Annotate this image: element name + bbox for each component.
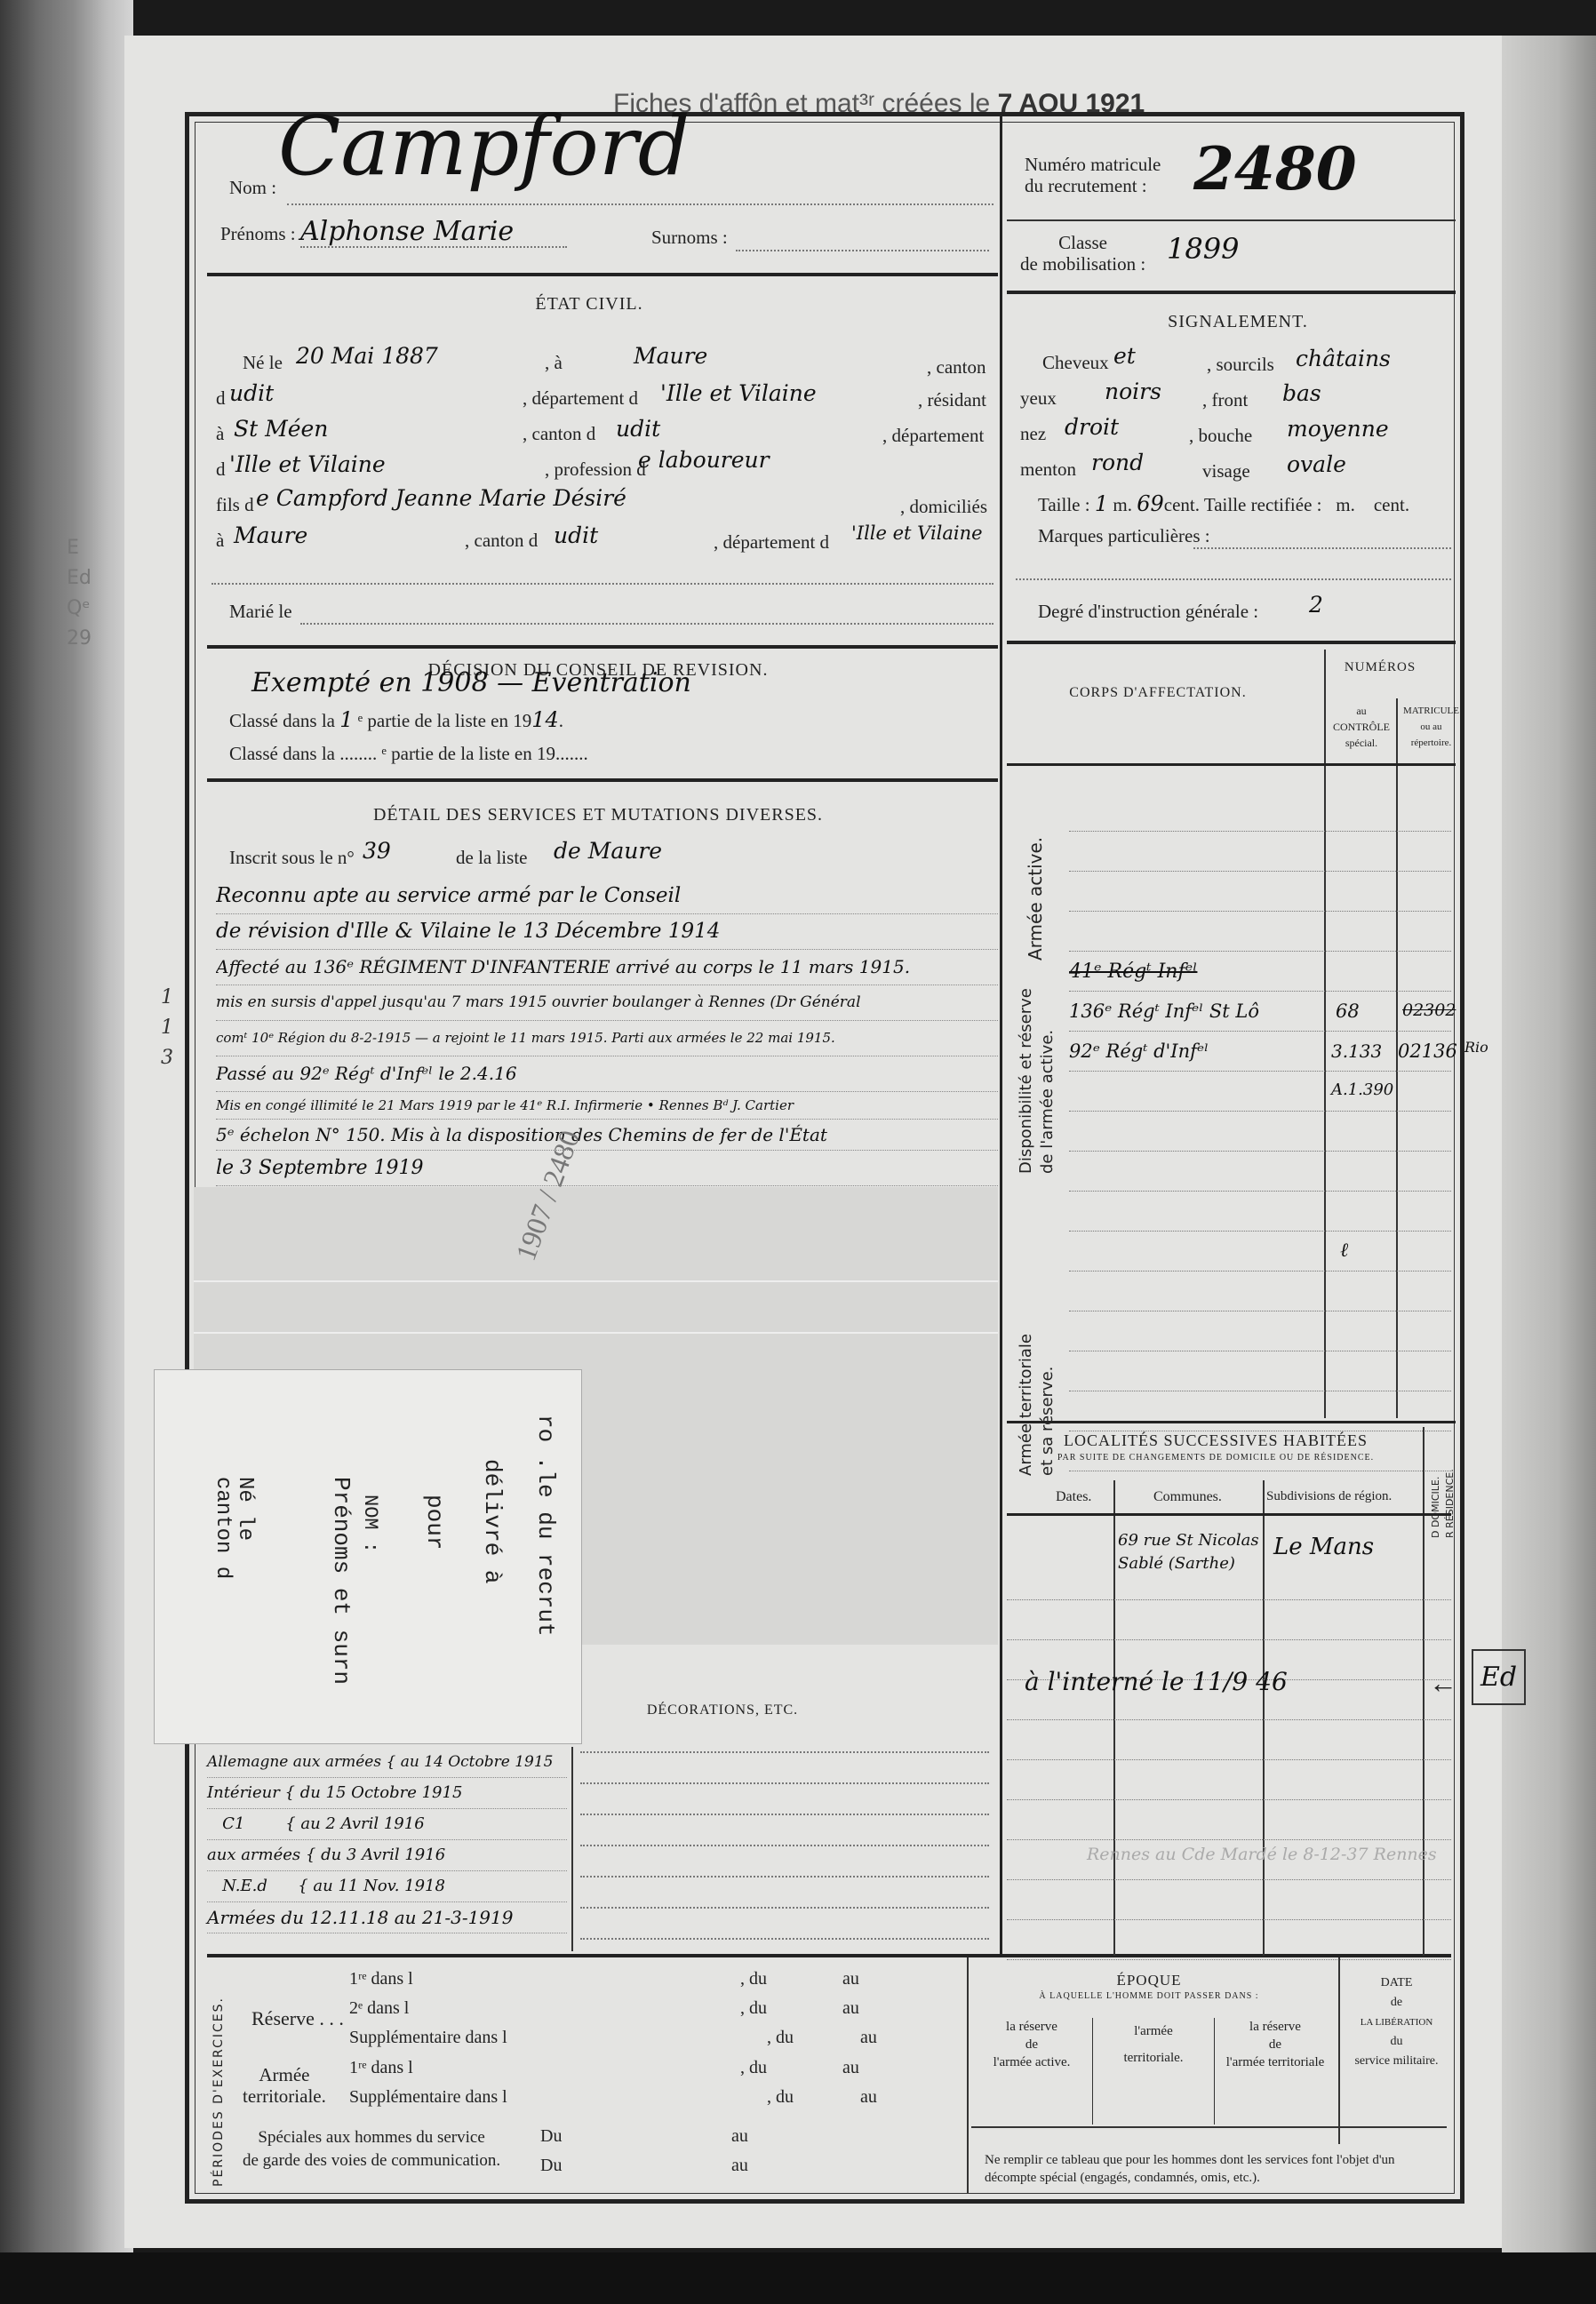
- inscrit-label: Inscrit sous le n°: [229, 847, 355, 869]
- corps-row: 92ᵉ Régᵗ d'Infᵉˡ 3.133 02136 Rio: [1069, 1032, 1451, 1072]
- slip-line: Prénoms et surn: [328, 1477, 355, 1685]
- corps-empty-row: [1069, 872, 1451, 912]
- fold: [194, 1332, 998, 1334]
- corps-note: Rio: [1464, 1039, 1488, 1056]
- corps-empty-row: [1069, 832, 1451, 872]
- decoration-line: [580, 1876, 989, 1877]
- classe2-row: Classé dans la ........ ᵉ partie de la l…: [229, 743, 588, 765]
- periode-row: 1ʳᵉ dans l, duau: [349, 2058, 1011, 2087]
- marie-label: Marié le: [229, 601, 292, 623]
- speciales-label-2: de garde des voies de communication.: [243, 2149, 500, 2172]
- matricule-label-1: Numéro matricule: [1025, 154, 1161, 175]
- liste-label: de la liste: [456, 847, 527, 869]
- periode-label: Du: [540, 2156, 562, 2175]
- marques-line: [1193, 547, 1451, 549]
- periode-row: Supplémentaire dans l, duau: [349, 2087, 1011, 2117]
- campagne-label: Allemagne: [207, 1753, 288, 1771]
- rule: [1007, 219, 1456, 221]
- periode-label: Supplémentaire dans l: [349, 2028, 507, 2047]
- nez-label: nez: [1020, 423, 1046, 445]
- taille-rect-label: Taille rectifiée :: [1204, 494, 1322, 515]
- canton2-value: udit: [616, 416, 660, 442]
- column-divider: [1000, 116, 1002, 1956]
- surnoms-label: Surnoms :: [651, 227, 728, 249]
- au-label: au: [731, 2156, 748, 2176]
- au-label: au: [842, 2058, 859, 2078]
- classe1-label-b: ᵉ partie de la liste en 19: [358, 710, 531, 731]
- speciales-label: Spéciales aux hommes du service de garde…: [243, 2126, 500, 2172]
- taille-label: Taille :: [1038, 494, 1090, 515]
- corps-lines: 41ᵉ Régᵗ Infᵉˡ 136ᵉ Régᵗ Infᵉˡ St Lô 68 …: [1069, 792, 1451, 1471]
- margin-number: 1: [161, 983, 173, 1013]
- col-divider: [1338, 1957, 1340, 2144]
- group-dispo-2: de l'armée active.: [1037, 988, 1058, 1174]
- slip-line: délivré à: [479, 1459, 506, 1583]
- col-matricule-2: ou au: [1398, 719, 1464, 735]
- nom-line: [287, 203, 994, 205]
- rule: [1007, 291, 1456, 294]
- visage-label: visage: [1202, 460, 1250, 482]
- visage-value: ovale: [1287, 451, 1346, 477]
- taille-cent-label: cent.: [1164, 494, 1200, 515]
- col-matricule-header: MATRICULE ou au répertoire.: [1398, 703, 1464, 751]
- a-label: , à: [545, 352, 563, 374]
- taille-rect-cent-label: cent.: [1374, 494, 1409, 515]
- col-communes: Communes.: [1153, 1489, 1222, 1505]
- epoque-title: ÉPOQUE: [971, 1972, 1327, 1989]
- service-line: mis en sursis d'appel jusqu'au 7 mars 19…: [216, 985, 998, 1021]
- domicile-a-label: à: [216, 530, 224, 552]
- lieu-naissance: Maure: [634, 343, 707, 369]
- departement2-d-label: d: [216, 458, 226, 481]
- service-line: le 3 Septembre 1919: [216, 1151, 998, 1186]
- services-lines: Reconnu apte au service armé par le Cons…: [216, 879, 998, 1221]
- margin-note: 29: [67, 624, 102, 654]
- epoque-col-territoriale: l'armée territoriale.: [1093, 2018, 1215, 2125]
- du-label: , du: [740, 1998, 767, 2019]
- decoration-line: [580, 1845, 989, 1846]
- canton-d-label: d: [216, 387, 226, 410]
- campagne-period: aux armées { au 14 Octobre 1915: [293, 1753, 554, 1771]
- campagne-line: Intérieur { du 15 Octobre 1915: [207, 1778, 567, 1809]
- periode-label: Du: [540, 2126, 562, 2146]
- domicile-value: Maure: [234, 522, 307, 548]
- date-col-line: du: [1341, 2032, 1452, 2052]
- corps-mark: ℓ: [1340, 1239, 1348, 1262]
- rule: [207, 273, 998, 276]
- prenoms-line: [300, 246, 567, 248]
- au-label: au: [860, 2087, 877, 2108]
- corps-matricule: 02302: [1402, 1001, 1456, 1020]
- boxed-note: Ed: [1472, 1649, 1526, 1705]
- decoration-line: [580, 1938, 989, 1940]
- cheveux-value: et: [1113, 343, 1136, 369]
- corps-empty-row: [1069, 1192, 1451, 1232]
- localite-row: [1007, 1560, 1451, 1600]
- localite-row: [1007, 1800, 1451, 1840]
- service-line: Reconnu apte au service armé par le Cons…: [216, 879, 998, 914]
- classe-value: 1899: [1167, 232, 1239, 266]
- au-label: au: [842, 1969, 859, 1989]
- campagne-label: Armées: [207, 1907, 275, 1928]
- bouche-value: moyenne: [1287, 416, 1389, 442]
- date-col-line: de: [1341, 1993, 1452, 2013]
- corps-name: 41ᵉ Régᵗ Infᵉˡ: [1069, 961, 1197, 983]
- margin-number: 1: [161, 1013, 173, 1043]
- campagne-period: { au 2 Avril 1916: [285, 1814, 424, 1833]
- du-label: , du: [767, 2087, 794, 2108]
- periodes-title: PÉRIODES D'EXERCICES.: [211, 1997, 226, 2187]
- margin-notes: E Ed Qᵉ 29: [67, 533, 102, 654]
- arrow-left-icon: ←: [1429, 1667, 1457, 1700]
- date-col-line: DATE: [1341, 1973, 1452, 1993]
- corps-controle: 68: [1336, 1001, 1360, 1022]
- epoque-col-reserve-active: la réserve de l'armée active.: [971, 2018, 1093, 2125]
- front-value: bas: [1282, 380, 1321, 406]
- periode-row: Duau: [540, 2156, 985, 2185]
- col-domicile-residence: D DOMICILE. R RÉSIDENCE.: [1429, 1469, 1457, 1538]
- au-label: au: [860, 2028, 877, 2048]
- periode-row: 2ᵉ dans l, duau: [349, 1998, 1011, 2028]
- taille-rect-m-label: m.: [1336, 494, 1355, 515]
- front-label: , front: [1202, 389, 1248, 411]
- residant-value: St Méen: [234, 416, 328, 442]
- classe2-label: Classé dans la: [229, 743, 335, 764]
- au-label: au: [731, 2126, 748, 2147]
- service-line: 5ᵉ échelon N° 150. Mis à la disposition …: [216, 1120, 998, 1151]
- slip-line: NOM :: [359, 1495, 381, 1553]
- campagne-line: C1 { au 2 Avril 1916: [207, 1809, 567, 1840]
- date-col-line: service militaire.: [1341, 2052, 1452, 2071]
- col-controle-2: CONTRÔLE: [1327, 719, 1396, 735]
- ne-le-value: 20 Mai 1887: [296, 343, 438, 369]
- campagne-line: N.E.d { au 11 Nov. 1918: [207, 1871, 567, 1902]
- canton3-label: , canton d: [465, 530, 538, 552]
- domicilies-label: , domiciliés: [900, 496, 987, 518]
- epoque-subtitle: À LAQUELLE L'HOMME DOIT PASSER DANS :: [971, 1991, 1327, 2001]
- campagne-line: Armées du 12.11.18 au 21-3-1919: [207, 1902, 567, 1933]
- col-controle-header: au CONTRÔLE spécial.: [1327, 703, 1396, 751]
- campagne-line: aux armées { du 3 Avril 1916: [207, 1840, 567, 1871]
- services-title: DÉTAIL DES SERVICES ET MUTATIONS DIVERSE…: [323, 805, 874, 825]
- corps-row: 136ᵉ Régᵗ Infᵉˡ St Lô 68 02302: [1069, 992, 1451, 1032]
- epoque-cols: la réserve de l'armée active. l'armée te…: [971, 2018, 1336, 2125]
- residant-a-label: à: [216, 423, 224, 445]
- epoque-col-line: l'armée active.: [971, 2053, 1092, 2071]
- date-col-line: LA LIBÉRATION: [1341, 2013, 1452, 2032]
- corps-controle: 3.133: [1331, 1040, 1382, 1062]
- profession-value: e laboureur: [638, 447, 770, 473]
- rule: [1007, 1513, 1451, 1516]
- page-edge: [1502, 36, 1596, 2257]
- slip-line: pour: [421, 1495, 448, 1550]
- departement3-value: 'Ille et Vilaine: [851, 522, 983, 544]
- marques-label: Marques particulières :: [1038, 525, 1210, 547]
- cheveux-label: Cheveux: [1042, 352, 1109, 374]
- corps-empty-row: [1069, 1112, 1451, 1152]
- localite-row: [1007, 1760, 1451, 1800]
- periode-label: 2ᵉ dans l: [349, 1998, 409, 2018]
- reserve-rows: 1ʳᵉ dans l, duau 2ᵉ dans l, duau Supplém…: [349, 1969, 1011, 2057]
- corps-row: A.1.390: [1069, 1072, 1451, 1112]
- margin-numbers: 1 1 3: [161, 983, 173, 1073]
- corps-empty-row: [1069, 1391, 1451, 1431]
- campagnes-divider: [571, 1747, 573, 1951]
- slip-line: canton d: [211, 1477, 235, 1579]
- corps-title: CORPS D'AFFECTATION.: [1042, 685, 1273, 701]
- margin-note: E: [67, 533, 102, 563]
- margin-note: Qᵉ: [67, 594, 102, 624]
- instruction-value: 2: [1309, 592, 1323, 618]
- ne-le-label: Né le: [243, 352, 283, 374]
- corps-empty-row: [1069, 1351, 1451, 1391]
- campagne-period: { du 15 Octobre 1915: [285, 1783, 463, 1802]
- rule: [207, 778, 998, 782]
- fils-label: fils d: [216, 494, 254, 516]
- campagne-label: aux armées: [207, 1846, 300, 1864]
- blank-line: [211, 583, 994, 585]
- reserve-label: Réserve . . .: [251, 2007, 344, 2030]
- classe-label-2: de mobilisation :: [1020, 253, 1145, 275]
- epoque-col-line: de: [1215, 2036, 1336, 2053]
- epoque-col-line: territoriale.: [1093, 2045, 1214, 2071]
- fils-value: e Campford Jeanne Marie Désiré: [256, 485, 626, 511]
- col-divider: [967, 1957, 969, 2193]
- col-residence: R RÉSIDENCE.: [1443, 1469, 1457, 1538]
- instruction-label: Degré d'instruction générale :: [1038, 601, 1258, 623]
- campagne-label: N.E.d: [222, 1877, 267, 1895]
- epoque-note: Ne remplir ce tableau que pour les homme…: [985, 2151, 1447, 2187]
- menton-label: menton: [1020, 458, 1076, 481]
- campagne-label: Intérieur: [207, 1783, 280, 1802]
- epoque-col-line: la réserve: [971, 2018, 1092, 2036]
- interned-note: à l'interné le 11/9 46: [1025, 1667, 1288, 1696]
- nom-value: Campford: [278, 99, 690, 194]
- classe1-partie: 1: [339, 707, 353, 732]
- rule: [207, 645, 998, 649]
- nez-value: droit: [1065, 414, 1119, 440]
- campagne-label: C1: [222, 1814, 244, 1833]
- departement2-label: , département: [882, 425, 984, 447]
- etat-civil-title: ÉTAT CIVIL.: [456, 294, 722, 315]
- du-label: , du: [740, 2058, 767, 2078]
- slip-line: Né le: [233, 1477, 257, 1541]
- sourcils-value: châtains: [1296, 346, 1391, 371]
- prenoms-label: Prénoms :: [220, 223, 296, 245]
- col-matricule-1: MATRICULE: [1398, 703, 1464, 719]
- taille-row: Taille : 1 m. 69cent. Taille rectifiée :…: [1038, 491, 1409, 516]
- campagne-period: { du 3 Avril 1916: [306, 1846, 445, 1864]
- canton3-value: udit: [554, 522, 598, 548]
- classe1-annee: 14: [531, 707, 559, 732]
- service-line: Passé au 92ᵉ Régᵗ d'Infᵉˡ le 2.4.16: [216, 1056, 998, 1092]
- epoque-col-line: l'armée: [1093, 2018, 1214, 2045]
- col-controle-1: au: [1327, 703, 1396, 719]
- inscrit-no: 39: [363, 838, 391, 864]
- decision-handwritten: Exempté en 1908 — Eventration: [251, 667, 691, 698]
- corps-empty-row: [1069, 1152, 1451, 1192]
- speciales-rows: Duau Duau: [540, 2126, 985, 2185]
- campagne-line: Allemagne aux armées { au 14 Octobre 191…: [207, 1747, 567, 1778]
- territoriale-rows: 1ʳᵉ dans l, duau Supplémentaire dans l, …: [349, 2058, 1011, 2117]
- periode-label: Supplémentaire dans l: [349, 2087, 507, 2107]
- slip-line: ro .le du recrut: [532, 1415, 559, 1637]
- localite-row: [1007, 1880, 1451, 1920]
- classe-label: Classe de mobilisation :: [1020, 232, 1145, 275]
- rule: [1007, 641, 1456, 644]
- col-dates: Dates.: [1056, 1489, 1091, 1505]
- decoration-line: [580, 1782, 989, 1784]
- yeux-label: yeux: [1020, 387, 1057, 410]
- periode-label: 1ʳᵉ dans l: [349, 1969, 413, 1989]
- periode-label: 1ʳᵉ dans l: [349, 2058, 413, 2077]
- corps-empty-row: [1069, 792, 1451, 832]
- campagne-period: { au 11 Nov. 1918: [298, 1877, 445, 1895]
- epoque-col-reserve-territoriale: la réserve de l'armée territoriale: [1215, 2018, 1336, 2125]
- fold: [194, 1280, 998, 1282]
- localite-row: [1007, 1920, 1451, 1960]
- departement2-value: 'Ille et Vilaine: [229, 451, 386, 477]
- bouche-label: , bouche: [1189, 425, 1252, 447]
- corps-name: 136ᵉ Régᵗ Infᵉˡ St Lô: [1069, 1001, 1259, 1022]
- decoration-line: [580, 1751, 989, 1753]
- matricule-label-2: du recrutement :: [1025, 175, 1161, 196]
- territoriale-label: Armée territoriale.: [243, 2064, 326, 2107]
- du-label: , du: [740, 1969, 767, 1989]
- liste-value: de Maure: [554, 838, 662, 864]
- book-binding: [0, 0, 133, 2304]
- epoque-col-line: la réserve: [1215, 2018, 1336, 2036]
- localites-subtitle: PAR SUITE DE CHANGEMENTS DE DOMICILE OU …: [1007, 1453, 1424, 1463]
- localite-row: [1007, 1600, 1451, 1640]
- matricule-value: 2480: [1193, 134, 1357, 203]
- form-frame: Nom : Campford Prénoms : Alphonse Marie …: [185, 112, 1464, 2204]
- group-dispo-1: Disponibilité et réserve: [1016, 988, 1037, 1174]
- taille-m: 1: [1095, 491, 1108, 516]
- corps-row: ℓ: [1069, 1232, 1451, 1272]
- signalement-title: SIGNALEMENT.: [1149, 312, 1327, 332]
- marques-line-2: [1016, 578, 1451, 580]
- departement-value: 'Ille et Vilaine: [660, 380, 817, 406]
- taille-cent: 69: [1137, 491, 1164, 516]
- canton-value: udit: [229, 380, 274, 406]
- epoque-col-line: de: [971, 2036, 1092, 2053]
- yeux-value: noirs: [1105, 379, 1161, 404]
- corps-row: 41ᵉ Régᵗ Infᵉˡ: [1069, 952, 1451, 992]
- service-line: comᵗ 10ᵉ Région du 8-2-1915 — a rejoint …: [216, 1021, 998, 1056]
- col-matricule-3: répertoire.: [1398, 735, 1464, 751]
- epoque-col-line: l'armée territoriale: [1215, 2053, 1336, 2071]
- canton2-label: , canton d: [523, 423, 595, 445]
- speciales-label-1: Spéciales aux hommes du service: [243, 2126, 500, 2149]
- group-armee-active: Armée active.: [1025, 837, 1046, 961]
- departement-label: , département d: [523, 387, 638, 410]
- periode-row: Supplémentaire dans l, duau: [349, 2028, 1011, 2057]
- scan-border: [0, 2252, 1596, 2304]
- rule: [971, 2126, 1447, 2128]
- residant-label: , résidant: [918, 389, 986, 411]
- decoration-line: [580, 1814, 989, 1815]
- classe2-label-b: ᵉ partie de la liste en 19: [381, 743, 555, 764]
- sourcils-label: , sourcils: [1207, 354, 1274, 376]
- periode-row: 1ʳᵉ dans l, duau: [349, 1969, 1011, 1998]
- classe-label-1: Classe: [1020, 232, 1145, 253]
- margin-number: 3: [161, 1043, 173, 1073]
- corps-empty-row: [1069, 912, 1451, 952]
- decoration-line: [580, 1907, 989, 1909]
- departement3-label: , département d: [714, 531, 829, 554]
- prenoms-value: Alphonse Marie: [300, 216, 514, 247]
- col-domicile: D DOMICILE.: [1429, 1469, 1443, 1538]
- corps-name: 92ᵉ Régᵗ d'Infᵉˡ: [1069, 1040, 1209, 1062]
- rule: [1007, 763, 1456, 766]
- typed-slip: ro .le du recrut délivré à pour NOM : Pr…: [154, 1369, 582, 1744]
- service-line: de révision d'Ille & Vilaine le 13 Décem…: [216, 914, 998, 950]
- faded-pencil-note: Rennes au Cde Mardé le 8-12-37 Rennes: [1087, 1845, 1437, 1864]
- subdivision-value: Le Mans: [1273, 1534, 1374, 1560]
- group-disponibilite: Disponibilité et réserve de l'armée acti…: [1016, 988, 1058, 1174]
- corps-empty-row: [1069, 1272, 1451, 1311]
- territoriale-label-2: territoriale.: [243, 2085, 326, 2107]
- service-line: Mis en congé illimité le 21 Mars 1919 pa…: [216, 1092, 998, 1120]
- campagnes-list: Allemagne aux armées { au 14 Octobre 191…: [207, 1747, 567, 1933]
- localite-row: [1007, 1720, 1451, 1760]
- classe1-row: Classé dans la 1 ᵉ partie de la liste en…: [229, 707, 563, 732]
- periode-row: Duau: [540, 2126, 985, 2156]
- campagne-period: du 12.11.18 au 21-3-1919: [281, 1907, 513, 1928]
- profession-label: , profession d: [545, 458, 646, 481]
- canton-label: , canton: [927, 356, 986, 379]
- localites-title: LOCALITÉS SUCCESSIVES HABITÉES: [1007, 1431, 1424, 1450]
- matricule-label: Numéro matricule du recrutement :: [1025, 154, 1161, 196]
- col-subdivisions: Subdivisions de région.: [1266, 1489, 1392, 1504]
- au-label: au: [842, 1998, 859, 2019]
- service-line: Affecté au 136ᵉ RÉGIMENT D'INFANTERIE ar…: [216, 950, 998, 985]
- territoriale-label-1: Armée: [243, 2064, 326, 2085]
- corps-matricule: 02136: [1398, 1040, 1457, 1062]
- nom-label: Nom :: [229, 177, 276, 199]
- marie-line: [300, 623, 994, 625]
- date-liberation-header: DATE de LA LIBÉRATION du service militai…: [1341, 1973, 1452, 2071]
- corps-controle: A.1.390: [1331, 1080, 1393, 1099]
- corps-empty-row: [1069, 1311, 1451, 1351]
- classe1-label: Classé dans la: [229, 710, 335, 731]
- localites-lines: [1007, 1560, 1451, 1960]
- decorations-title: DÉCORATIONS, ETC.: [634, 1702, 811, 1718]
- du-label: , du: [767, 2028, 794, 2048]
- col-controle-3: spécial.: [1327, 735, 1396, 751]
- numeros-title: NUMÉROS: [1327, 660, 1433, 675]
- taille-m-label: m.: [1113, 494, 1132, 515]
- menton-value: rond: [1091, 450, 1144, 475]
- margin-note: Ed: [67, 563, 102, 594]
- surnoms-line: [736, 250, 989, 251]
- rule: [1007, 1421, 1456, 1423]
